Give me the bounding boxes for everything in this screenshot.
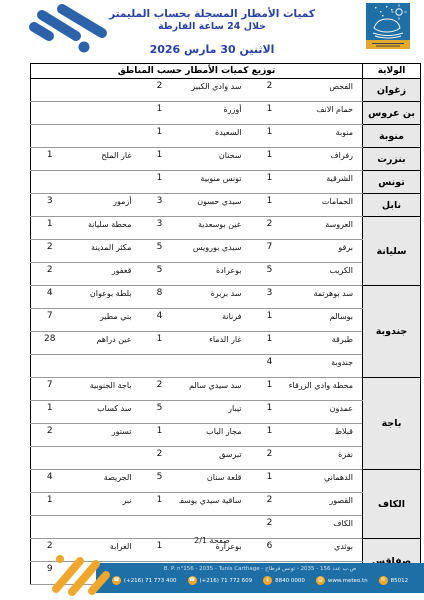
station-name-cell: الدهماني	[289, 470, 363, 493]
rain-amount-cell: 1	[251, 171, 289, 194]
rain-amount-cell: 4	[31, 286, 69, 309]
wilaya-cell: بن عروس	[363, 102, 421, 125]
rain-amount-cell: 28	[31, 332, 69, 355]
station-name-cell: باجة الجنوبية	[69, 378, 141, 401]
rain-amount-cell: 1	[251, 401, 289, 424]
rain-amount-cell: 1	[251, 102, 289, 125]
station-name-cell: بوسالم	[289, 309, 363, 332]
table-row: 1محطة سليانة3عين بوسعدية2العروسةسليانة	[31, 217, 421, 240]
table-row: 1سد كساب5تيبار1عمدون	[31, 401, 421, 424]
table-row: 4جندوبة	[31, 355, 421, 378]
table-row: 2تستور1مجاز الباب1قبلاط	[31, 424, 421, 447]
rain-amount-cell: 2	[251, 493, 289, 516]
rain-amount-cell: 5	[141, 401, 179, 424]
table-row: 2سد وادي الكبير2الفحصزغوان	[31, 79, 421, 102]
station-name-cell: سيدي بورويس	[179, 240, 251, 263]
rain-amount-cell: 1	[141, 125, 179, 148]
table-row: 1نبر1ساقية سيدي يوسف2القصور	[31, 493, 421, 516]
station-name-cell: تبرسق	[179, 447, 251, 470]
station-name-cell: عين دراهم	[69, 332, 141, 355]
rain-amount-cell: 1	[141, 171, 179, 194]
report-title: كميات الأمطار المسجلة بحساب المليمتر	[0, 8, 424, 20]
rain-amount-cell: 3	[141, 217, 179, 240]
rain-amount-cell: 1	[31, 217, 69, 240]
table-row: 2قعفور5بوعرادة5الكريب	[31, 263, 421, 286]
station-name-cell: بلطة بوعوان	[69, 286, 141, 309]
rain-amount-cell: 1	[31, 493, 69, 516]
station-name-cell: غار الملح	[69, 148, 141, 171]
station-name-cell	[69, 79, 141, 102]
report-date: الاثنين 30 مارس 2026	[0, 43, 424, 56]
station-name-cell	[69, 447, 141, 470]
station-name-cell: عين بوسعدية	[179, 217, 251, 240]
station-name-cell: منوبة	[289, 125, 363, 148]
table-row: 4بلطة بوعوان8سد بربرة3سد بوهرتمةجندوبة	[31, 286, 421, 309]
table-header-row: توزيع كميات الأمطار حسب المناطق الولاية	[31, 64, 421, 79]
rain-amount-cell: 1	[31, 401, 69, 424]
station-name-cell: سد سيدي سالم	[179, 378, 251, 401]
rain-amount-cell: 1	[31, 148, 69, 171]
wilaya-cell: باجة	[363, 378, 421, 470]
rain-amount-cell: 3	[141, 194, 179, 217]
rain-amount-cell: 1	[251, 378, 289, 401]
fax-icon: ☎	[188, 576, 197, 585]
station-name-cell	[69, 125, 141, 148]
rain-amount-cell: 1	[141, 332, 179, 355]
wilaya-cell: بنزرت	[363, 148, 421, 171]
rain-amount-cell	[31, 171, 69, 194]
contact-item: ☎(+216) 71 772 609	[188, 576, 253, 585]
rain-amount-cell: 3	[31, 194, 69, 217]
contact-item: ¢8840 0000	[263, 576, 305, 585]
rain-amount-cell: 2	[251, 79, 289, 102]
table-row: 28عين دراهم1غار الدماء1طبرقة	[31, 332, 421, 355]
coins-icon: ¢	[263, 576, 272, 585]
station-name-cell: مكثر المدينة	[69, 240, 141, 263]
rain-amount-cell: 1	[251, 470, 289, 493]
table-row: 1تونس منوبية1الشرقيةتونس	[31, 171, 421, 194]
rain-amount-cell	[31, 125, 69, 148]
table-row: 3أزمور3سيدي حسون1الحماماتنابل	[31, 194, 421, 217]
table-row: 2مكثر المدينة5سيدي بورويس7برقو	[31, 240, 421, 263]
rain-amount-cell: 4	[141, 309, 179, 332]
rain-amount-cell: 2	[141, 378, 179, 401]
station-name-cell: فرنانة	[179, 309, 251, 332]
wilaya-cell: نابل	[363, 194, 421, 217]
wilaya-cell: منوبة	[363, 125, 421, 148]
rain-amount-cell: 8	[141, 286, 179, 309]
station-name-cell: الشرقية	[289, 171, 363, 194]
contact-label: www.meteo.tn	[328, 578, 368, 584]
contact-item: @www.meteo.tn	[316, 576, 368, 585]
rain-amount-cell: 1	[251, 148, 289, 171]
table-row: 1غار الملح1سجنان1رفرافبنزرت	[31, 148, 421, 171]
footer-bar: B. P. n°156 - 2035 - Tunis Carthage - ص.…	[96, 563, 424, 593]
globe-icon: @	[316, 576, 325, 585]
station-name-cell: عمدون	[289, 401, 363, 424]
rain-amount-cell: 4	[251, 355, 289, 378]
station-name-cell: مجاز الباب	[179, 424, 251, 447]
station-name-cell: ساقية سيدي يوسف	[179, 493, 251, 516]
station-name-cell: برقو	[289, 240, 363, 263]
station-name-cell	[69, 171, 141, 194]
rain-amount-cell: 2	[31, 424, 69, 447]
station-name-cell: سد بربرة	[179, 286, 251, 309]
table-row: 1السعيدة1منوبةمنوبة	[31, 125, 421, 148]
station-name-cell: رفراف	[289, 148, 363, 171]
wilaya-cell: تونس	[363, 171, 421, 194]
station-name-cell: سد كساب	[69, 401, 141, 424]
rain-amount-cell: 2	[251, 217, 289, 240]
contact-item: ✉85012	[379, 576, 409, 585]
station-name-cell	[179, 355, 251, 378]
station-name-cell: تونس منوبية	[179, 171, 251, 194]
rain-amount-cell: 5	[141, 263, 179, 286]
contact-label: (+216) 71 773 400	[124, 578, 177, 584]
rain-amount-cell: 7	[31, 309, 69, 332]
rain-amount-cell	[141, 355, 179, 378]
wilaya-cell: الكاف	[363, 470, 421, 539]
rainfall-table: توزيع كميات الأمطار حسب المناطق الولاية …	[30, 63, 421, 585]
station-name-cell: سد وادي الكبير	[179, 79, 251, 102]
table-row: 4الجريصة5قلعة سنان1الدهمانيالكاف	[31, 470, 421, 493]
station-name-cell: القصور	[289, 493, 363, 516]
station-name-cell: جندوبة	[289, 355, 363, 378]
table-row: 1أوزرة1حمام الانفبن عروس	[31, 102, 421, 125]
rain-amount-cell	[31, 79, 69, 102]
contact-label: 85012	[391, 578, 409, 584]
station-name-cell: سد بوهرتمة	[289, 286, 363, 309]
inm-emblem-logo	[366, 3, 410, 49]
rain-amount-cell: 7	[31, 378, 69, 401]
station-name-cell: قعفور	[69, 263, 141, 286]
station-name-cell: طبرقة	[289, 332, 363, 355]
station-name-cell	[69, 102, 141, 125]
rain-amount-cell: 1	[141, 102, 179, 125]
footer-address: B. P. n°156 - 2035 - Tunis Carthage - ص.…	[96, 566, 424, 572]
page-number: صفحة 2/1	[0, 536, 424, 545]
station-name-cell: الحمامات	[289, 194, 363, 217]
rain-amount-cell: 4	[31, 470, 69, 493]
report-titles: كميات الأمطار المسجلة بحساب المليمتر خلا…	[0, 8, 424, 56]
rain-amount-cell	[31, 447, 69, 470]
contact-item: ☎(+216) 71 773 400	[112, 576, 177, 585]
station-name-cell: محطة سليانة	[69, 217, 141, 240]
report-subtitle: خلال 24 ساعة الفارطة	[0, 21, 424, 32]
rain-amount-cell: 2	[141, 447, 179, 470]
rain-amount-cell: 1	[251, 424, 289, 447]
station-name-cell: قبلاط	[289, 424, 363, 447]
distribution-header: توزيع كميات الأمطار حسب المناطق	[31, 64, 363, 79]
rain-amount-cell: 1	[141, 424, 179, 447]
station-name-cell: أوزرة	[179, 102, 251, 125]
station-name-cell: أزمور	[69, 194, 141, 217]
rain-amount-cell: 7	[251, 240, 289, 263]
wilaya-cell: زغوان	[363, 79, 421, 102]
station-name-cell: الفحص	[289, 79, 363, 102]
station-name-cell: سيدي حسون	[179, 194, 251, 217]
station-name-cell: بني مطير	[69, 309, 141, 332]
station-name-cell: سجنان	[179, 148, 251, 171]
station-name-cell: محطة وادي الزرقاء	[289, 378, 363, 401]
contact-label: (+216) 71 772 609	[200, 578, 253, 584]
sms-icon: ✉	[379, 576, 388, 585]
station-name-cell: بوعرادة	[179, 263, 251, 286]
rain-amount-cell: 1	[251, 309, 289, 332]
station-name-cell: الكريب	[289, 263, 363, 286]
table-row: 7باجة الجنوبية2سد سيدي سالم1محطة وادي ال…	[31, 378, 421, 401]
rain-amount-cell: 2	[141, 79, 179, 102]
station-name-cell: الجريصة	[69, 470, 141, 493]
rain-amount-cell	[31, 355, 69, 378]
station-name-cell: حمام الانف	[289, 102, 363, 125]
table-row: 2تبرسق2نفزة	[31, 447, 421, 470]
station-name-cell: قلعة سنان	[179, 470, 251, 493]
rainfall-report-page: كميات الأمطار المسجلة بحساب المليمتر خلا…	[0, 0, 424, 600]
rain-amount-cell: 2	[251, 447, 289, 470]
station-name-cell: نبر	[69, 493, 141, 516]
footer-stripes-decoration	[48, 549, 114, 597]
rain-amount-cell: 1	[141, 148, 179, 171]
station-name-cell: السعيدة	[179, 125, 251, 148]
rain-table-body: 2سد وادي الكبير2الفحصزغوان1أوزرة1حمام ال…	[31, 79, 421, 585]
wilaya-cell: سليانة	[363, 217, 421, 286]
station-name-cell: تيبار	[179, 401, 251, 424]
rain-amount-cell: 2	[31, 263, 69, 286]
station-name-cell: تستور	[69, 424, 141, 447]
rain-amount-cell: 5	[141, 240, 179, 263]
station-name-cell: نفزة	[289, 447, 363, 470]
footer-contacts: ☎(+216) 71 773 400☎(+216) 71 772 609¢884…	[96, 576, 424, 585]
rain-amount-cell	[31, 102, 69, 125]
region-column-header: الولاية	[363, 64, 421, 79]
rain-amount-cell: 1	[251, 332, 289, 355]
rain-amount-cell: 1	[251, 125, 289, 148]
rain-amount-cell: 5	[251, 263, 289, 286]
rain-amount-cell: 1	[251, 194, 289, 217]
table-row: 7بني مطير4فرنانة1بوسالم	[31, 309, 421, 332]
rain-amount-cell: 3	[251, 286, 289, 309]
rain-amount-cell: 2	[31, 240, 69, 263]
rain-amount-cell: 5	[141, 470, 179, 493]
station-name-cell: غار الدماء	[179, 332, 251, 355]
wilaya-cell: جندوبة	[363, 286, 421, 378]
station-name-cell: العروسة	[289, 217, 363, 240]
station-name-cell	[69, 355, 141, 378]
contact-label: 8840 0000	[275, 578, 305, 584]
rain-amount-cell: 1	[141, 493, 179, 516]
